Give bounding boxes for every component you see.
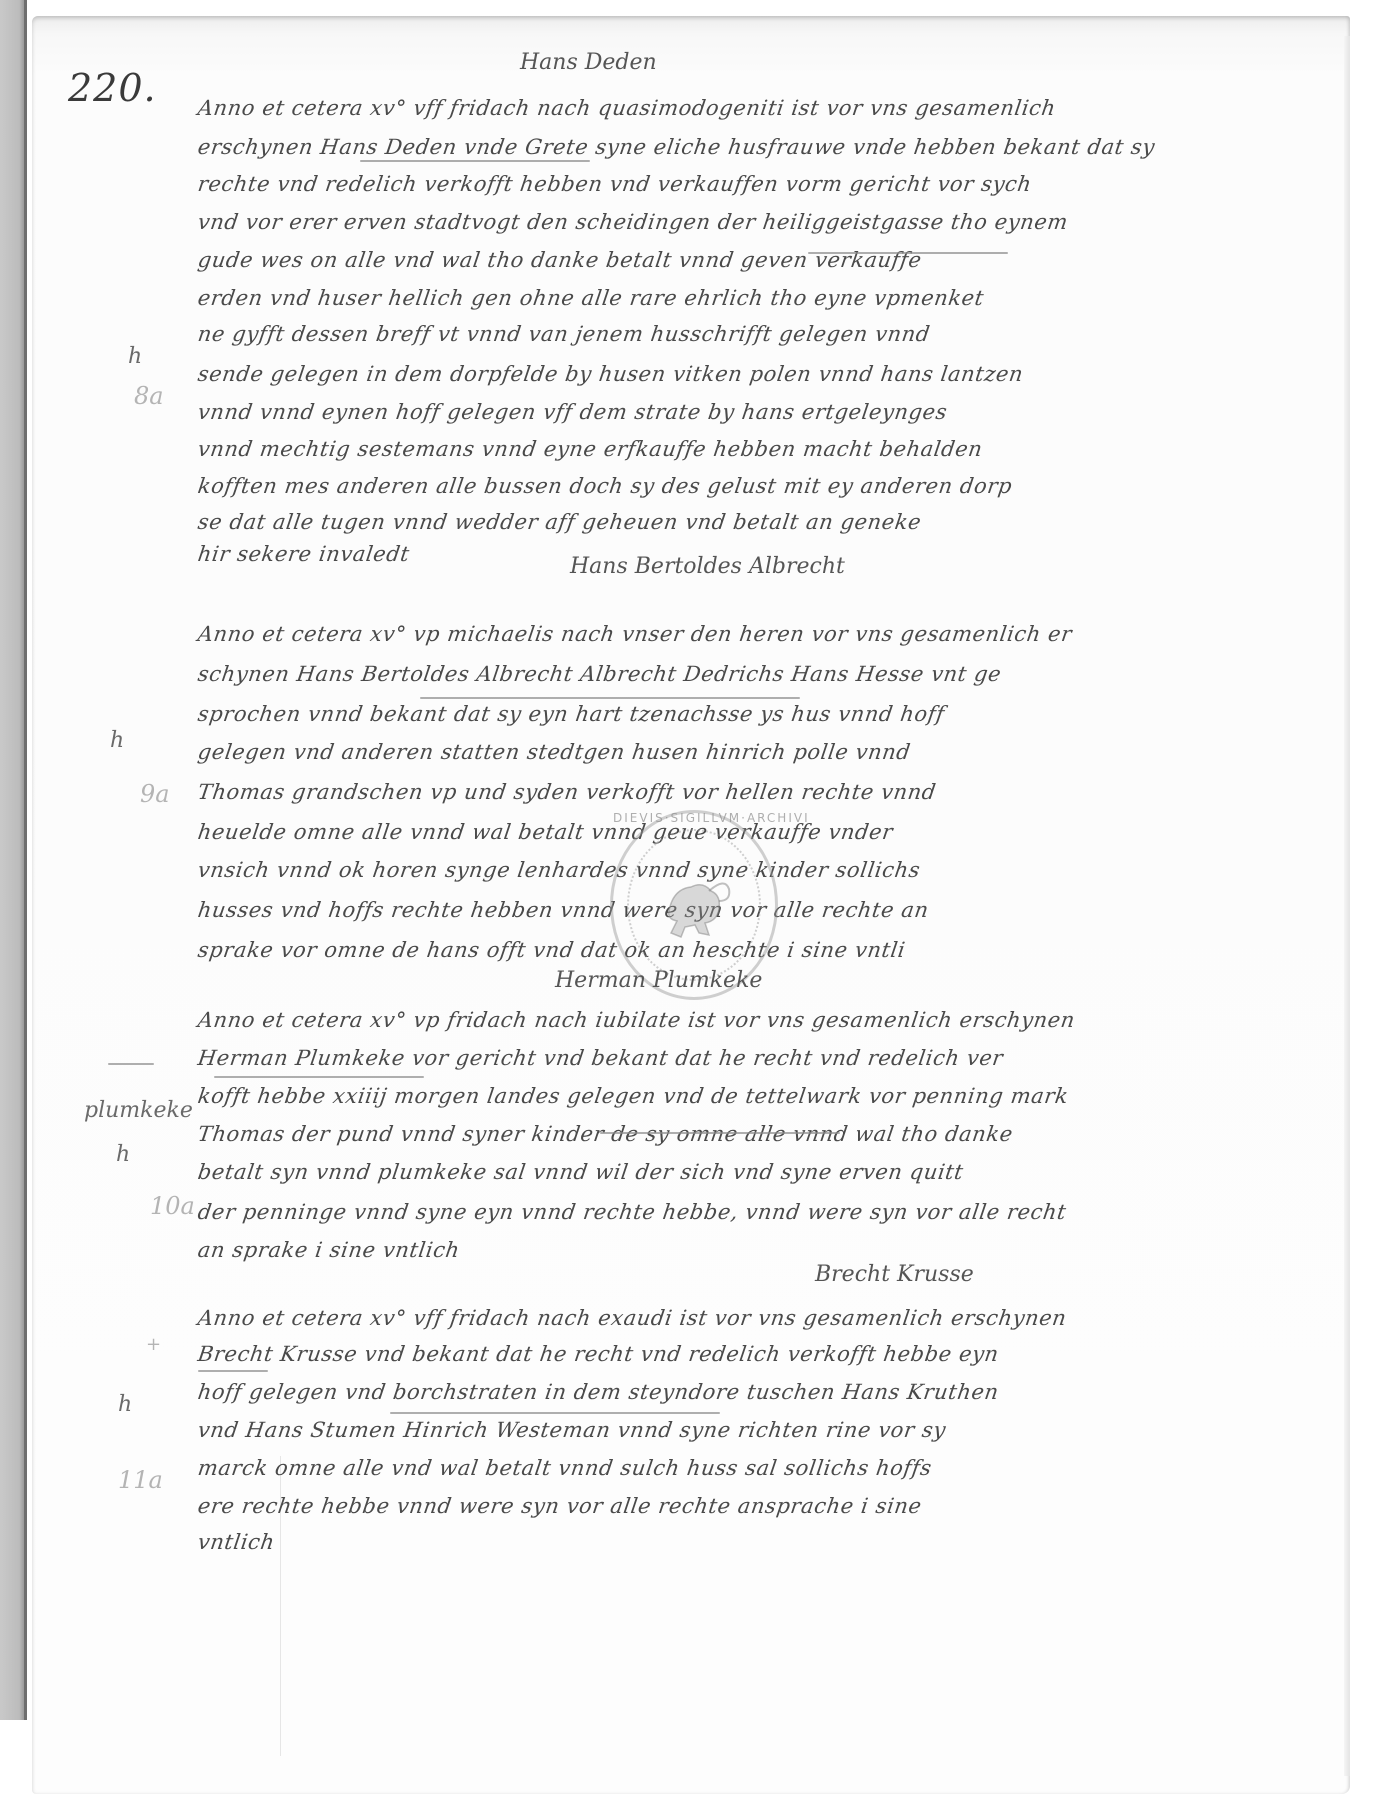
stamp-inner-ring [627, 829, 761, 981]
text-line: Anno et cetera xv° vp fridach nach iubil… [196, 1008, 1076, 1032]
margin-note-folio-ref: 11a [118, 1466, 163, 1494]
underline-stroke [390, 1412, 720, 1414]
text-line: kofften mes anderen alle bussen doch sy … [196, 474, 1013, 498]
margin-note-name: plumkeke [84, 1098, 193, 1123]
text-line: husses vnd hoffs rechte hebben vnnd were… [196, 898, 930, 922]
text-line: vnsich vnnd ok horen synge lenhardes vnn… [196, 858, 922, 882]
margin-note-folio-ref: 9a [140, 780, 170, 808]
text-line: sprake vor omne de hans offt vnd dat ok … [196, 938, 907, 962]
underline-stroke [420, 697, 800, 699]
margin-cross-mark: + [146, 1334, 161, 1355]
margin-note: h [110, 728, 124, 753]
text-line: Anno et cetera xv° vp michaelis nach vns… [196, 622, 1073, 646]
entry-heading: Herman Plumkeke [555, 968, 762, 993]
lion-icon [659, 871, 733, 941]
text-line: an sprake i sine vntlich [196, 1238, 461, 1262]
margin-note: h [128, 344, 142, 369]
text-line: vntlich [196, 1530, 276, 1554]
entry-heading: Hans Deden [520, 50, 657, 75]
text-line: kofft hebbe xxiiij morgen landes gelegen… [196, 1084, 1070, 1108]
text-line: Thomas grandschen vp und syden verkofft … [196, 780, 937, 804]
text-line: vnd vor erer erven stadtvogt den scheidi… [196, 210, 1069, 234]
page-edge [1344, 36, 1350, 1776]
text-line: Herman Plumkeke vor gericht vnd bekant d… [196, 1046, 1005, 1070]
underline-stroke [600, 1132, 840, 1134]
underline-stroke [360, 160, 590, 162]
text-line: erschynen Hans Deden vnde Grete syne eli… [196, 135, 1156, 159]
text-line: ere rechte hebbe vnnd were syn vor alle … [196, 1494, 923, 1518]
text-line: marck omne alle vnd wal betalt vnnd sulc… [196, 1456, 933, 1480]
text-line: hir sekere invaledt [196, 542, 411, 566]
text-line: schynen Hans Bertoldes Albrecht Albrecht… [196, 662, 1003, 686]
manuscript-scan: 220. Hans Deden Anno et cetera xv° vff f… [0, 0, 1376, 1810]
margin-note-folio-ref: 10a [150, 1192, 195, 1220]
text-line: betalt syn vnnd plumkeke sal vnnd wil de… [196, 1160, 965, 1184]
margin-note: h [118, 1392, 132, 1417]
entry-heading: Brecht Krusse [815, 1262, 974, 1287]
text-line: ne gyfft dessen breff vt vnnd van jenem … [196, 322, 931, 346]
text-line: vnd Hans Stumen Hinrich Westeman vnnd sy… [196, 1418, 947, 1442]
text-line: Anno et cetera xv° vff fridach nach quas… [196, 96, 1057, 120]
text-line: Anno et cetera xv° vff fridach nach exau… [196, 1306, 1068, 1330]
text-line: Brecht Krusse vnd bekant dat he recht vn… [196, 1342, 1000, 1366]
stamp-text: DIEVIS·SIGILLVM·ARCHIVI [613, 811, 775, 825]
margin-dash [108, 1063, 154, 1065]
folio-number: 220. [68, 66, 157, 110]
underline-stroke [214, 1076, 424, 1078]
text-line: se dat alle tugen vnnd wedder aff geheue… [196, 510, 923, 534]
text-line: sprochen vnnd bekant dat sy eyn hart tze… [196, 702, 946, 726]
text-line: der penninge vnnd syne eyn vnnd rechte h… [196, 1200, 1068, 1224]
margin-note: h [116, 1142, 130, 1167]
binding-edge [24, 0, 27, 1720]
underline-stroke [808, 252, 1008, 254]
binding-strip [0, 0, 24, 1720]
text-line: vnnd mechtig sestemans vnnd eyne erfkauf… [196, 437, 984, 461]
text-line: vnnd vnnd eynen hoff gelegen vff dem str… [196, 400, 949, 424]
entry-heading: Hans Bertoldes Albrecht [570, 554, 845, 579]
text-line: sende gelegen in dem dorpfelde by husen … [196, 362, 1025, 386]
underline-stroke [198, 1370, 268, 1372]
text-line: hoff gelegen vnd borchstraten in dem ste… [196, 1380, 1000, 1404]
text-line: rechte vnd redelich verkofft hebben vnd … [196, 172, 1033, 196]
text-line: Thomas der pund vnnd syner kinder de sy … [196, 1122, 1014, 1146]
text-line: erden vnd huser hellich gen ohne alle ra… [196, 286, 985, 310]
text-line: gelegen vnd anderen statten stedtgen hus… [196, 740, 912, 764]
margin-note-folio-ref: 8a [134, 382, 164, 410]
